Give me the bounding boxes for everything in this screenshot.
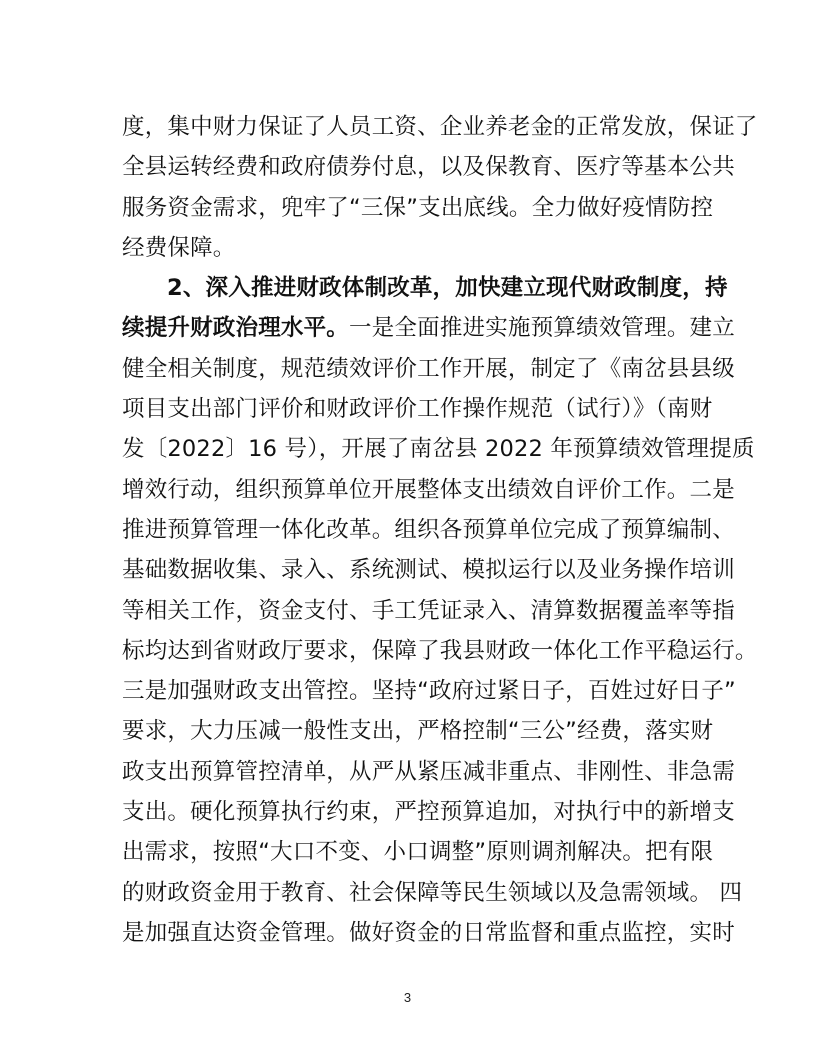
section-heading-continuation: 续提升财政治理水平。 xyxy=(122,315,349,341)
body-text: 度，集中财力保证了人员工资、企业养老金的正常发放，保证了 全县运转经费和政府债券… xyxy=(122,107,694,953)
text-line: 续提升财政治理水平。一是全面推进实施预算绩效管理。建立 xyxy=(122,308,694,348)
text-line: 发〔2022〕16 号），开展了南岔县 2022 年预算绩效管理提质 xyxy=(122,429,694,469)
text-line: 增效行动，组织预算单位开展整体支出绩效自评价工作。二是 xyxy=(122,470,694,510)
text-line: 经费保障。 xyxy=(122,228,694,268)
text-line: 度，集中财力保证了人员工资、企业养老金的正常发放，保证了 xyxy=(122,107,694,147)
page-number: 3 xyxy=(0,990,815,1005)
text-line: 标均达到省财政厅要求，保障了我县财政一体化工作平稳运行。 xyxy=(122,631,694,671)
text-line: 推进预算管理一体化改革。组织各预算单位完成了预算编制、 xyxy=(122,510,694,550)
text-line: 是加强直达资金管理。做好资金的日常监督和重点监控，实时 xyxy=(122,913,694,953)
text-line: 全县运转经费和政府债券付息，以及保教育、医疗等基本公共 xyxy=(122,147,694,187)
section-heading-line: 2、深入推进财政体制改革，加快建立现代财政制度，持 xyxy=(122,268,694,308)
text-line: 健全相关制度，规范绩效评价工作开展，制定了《南岔县县级 xyxy=(122,349,694,389)
text-line: 支出。硬化预算执行约束，严控预算追加，对执行中的新增支 xyxy=(122,792,694,832)
text-line: 政支出预算管控清单，从严从紧压减非重点、非刚性、非急需 xyxy=(122,752,694,792)
text-line: 基础数据收集、录入、系统测试、模拟运行以及业务操作培训 xyxy=(122,550,694,590)
text-line: 服务资金需求，兜牢了“三保”支出底线。全力做好疫情防控 xyxy=(122,188,694,228)
text-line: 要求，大力压减一般性支出，严格控制“三公”经费，落实财 xyxy=(122,711,694,751)
document-page: 度，集中财力保证了人员工资、企业养老金的正常发放，保证了 全县运转经费和政府债券… xyxy=(0,0,815,1055)
text-line: 出需求，按照“大口不变、小口调整”原则调剂解决。把有限 xyxy=(122,832,694,872)
text-line: 项目支出部门评价和财政评价工作操作规范（试行）》（南财 xyxy=(122,389,694,429)
text-span: 一是全面推进实施预算绩效管理。建立 xyxy=(349,315,735,341)
text-line: 的财政资金用于教育、社会保障等民生领域以及急需领域。 四 xyxy=(122,873,694,913)
text-line: 等相关工作，资金支付、手工凭证录入、清算数据覆盖率等指 xyxy=(122,591,694,631)
text-line: 三是加强财政支出管控。坚持“政府过紧日子，百姓过好日子” xyxy=(122,671,694,711)
